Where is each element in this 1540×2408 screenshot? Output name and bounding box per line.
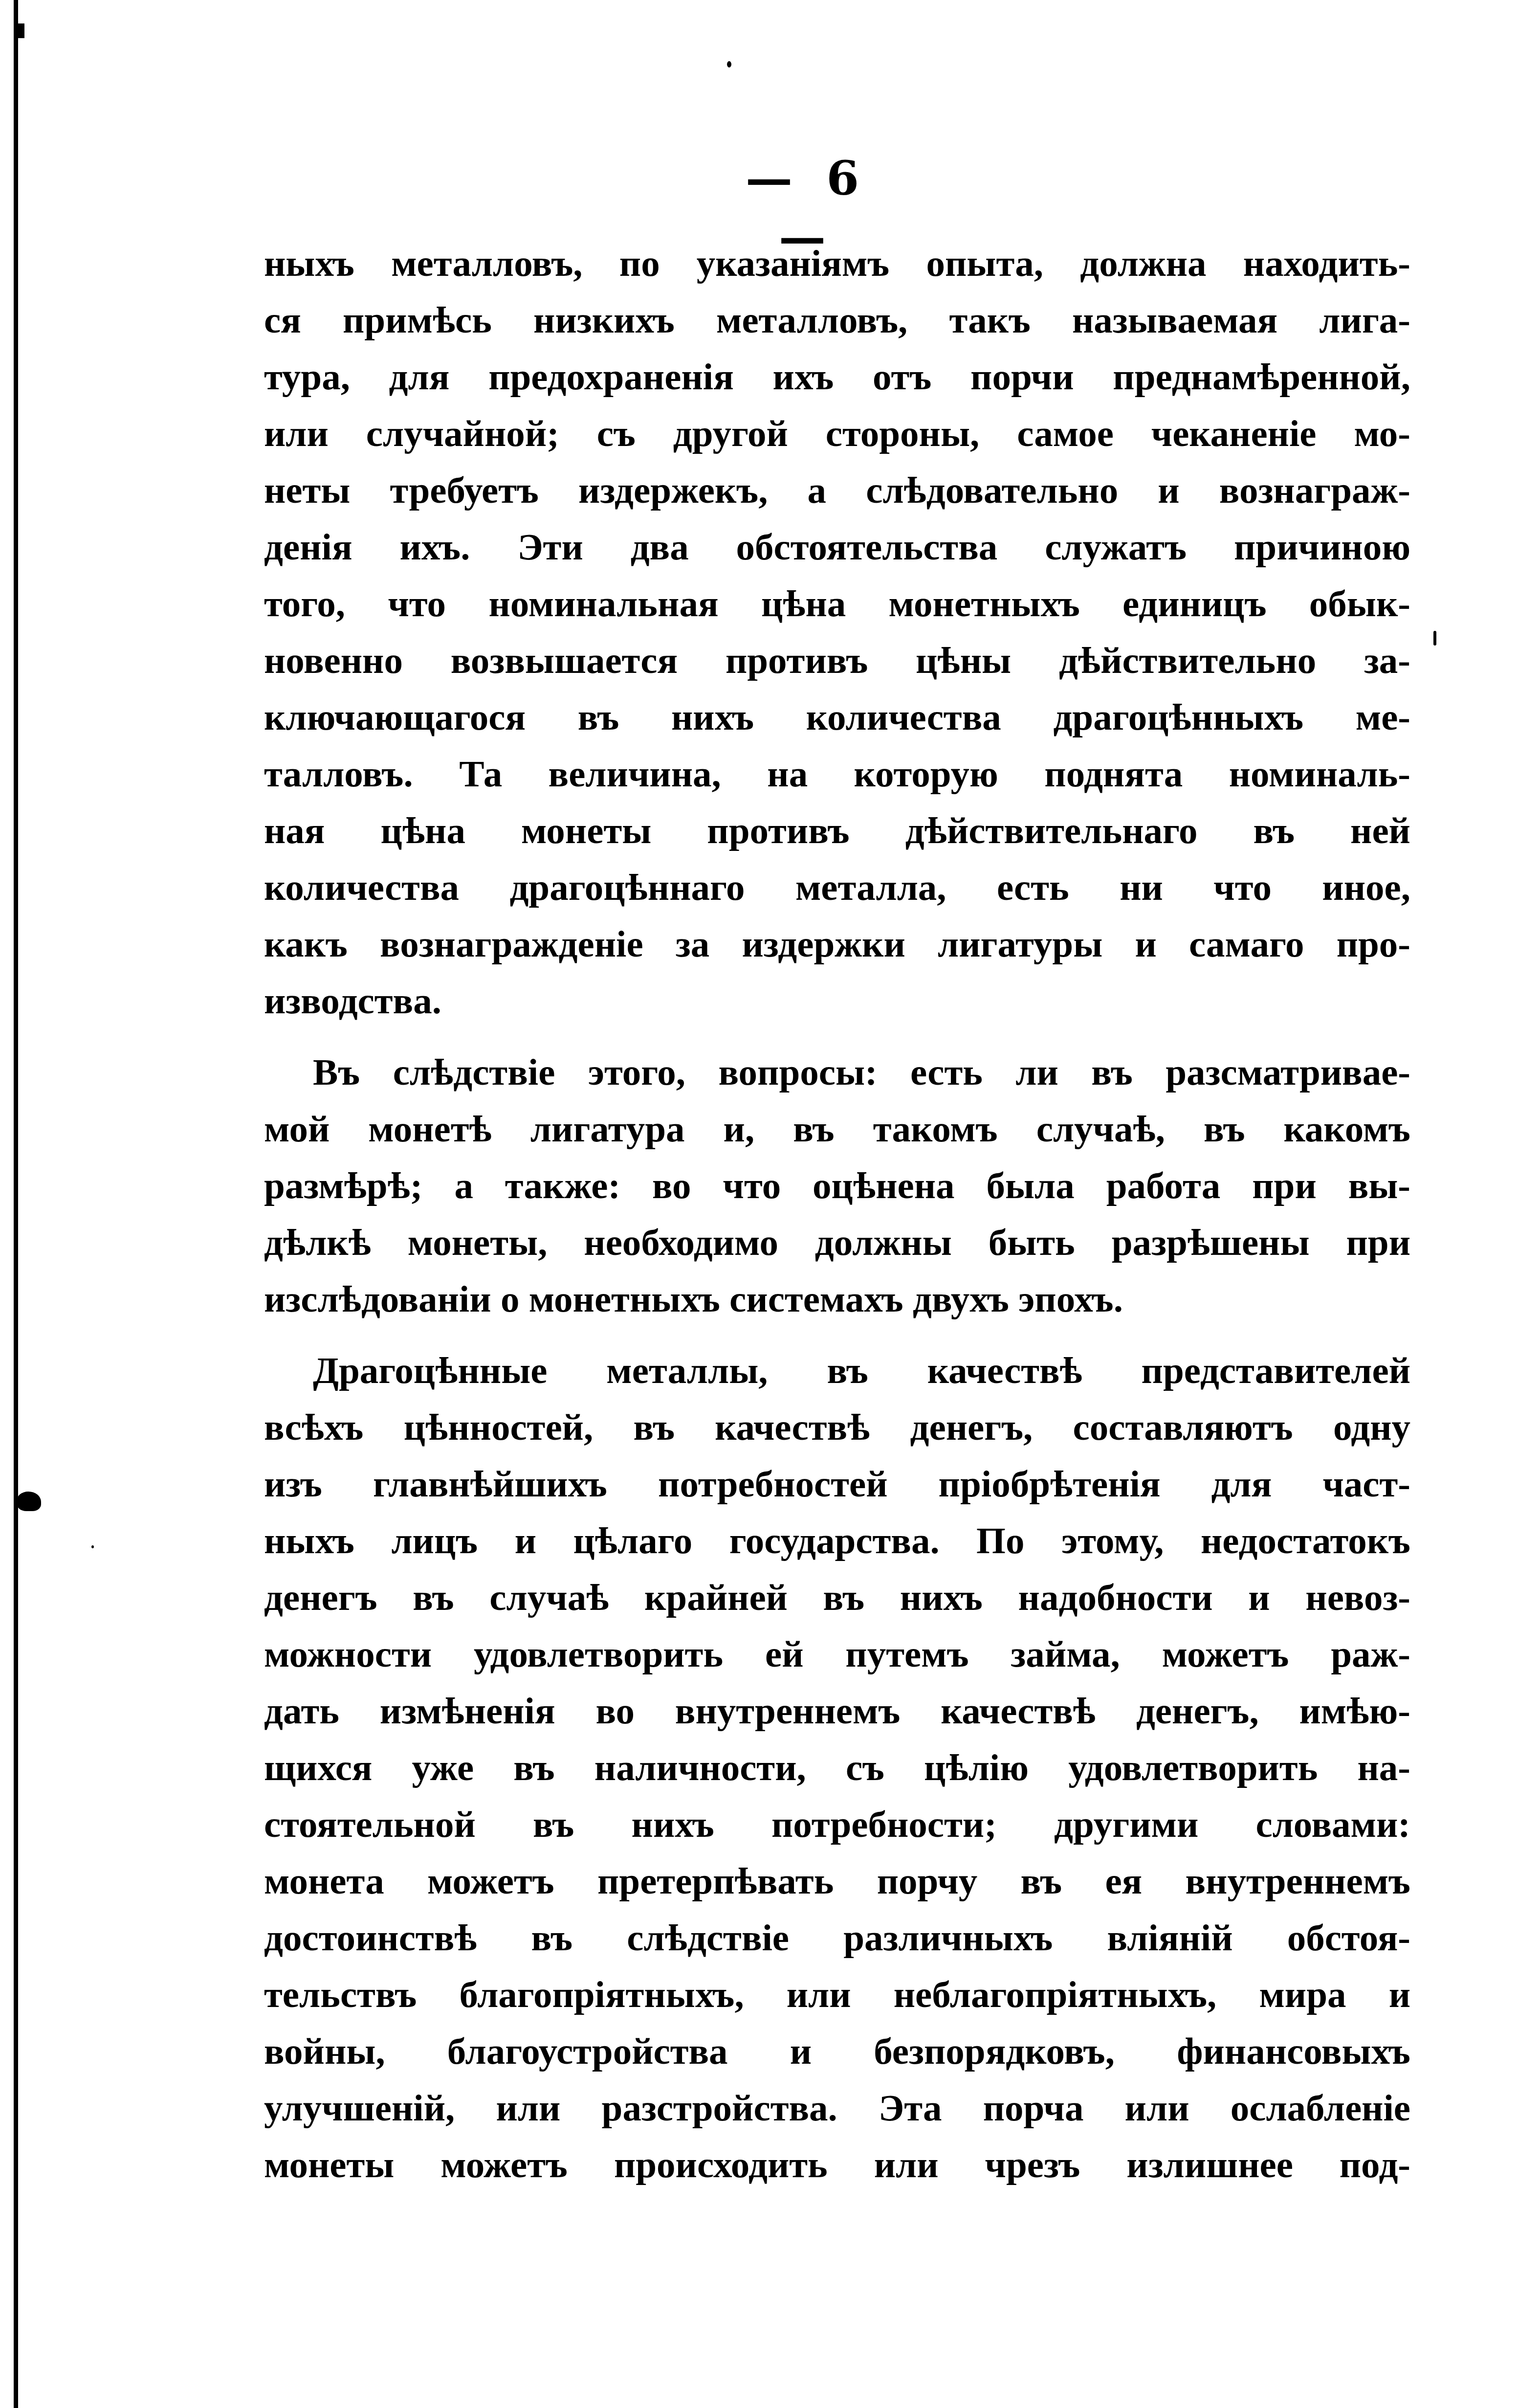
text-line: денія ихъ. Эти два обстоятельства служат… — [264, 518, 1410, 575]
text-line: изводства. — [264, 972, 1410, 1029]
text-line: можности удовлетворить ей путемъ займа, … — [264, 1626, 1410, 1682]
text-line: ныхъ лицъ и цѣлаго государства. По этому… — [264, 1512, 1410, 1569]
paragraph-gap — [264, 1327, 1410, 1342]
paragraph: Драгоцѣнные металлы, въ качествѣ предста… — [264, 1342, 1410, 2193]
ink-blot — [17, 1492, 41, 1511]
text-line: количества драгоцѣннаго металла, есть ни… — [264, 859, 1410, 915]
page-edge-line — [14, 0, 18, 2408]
text-line: ная цѣна монеты противъ дѣйствительнаго … — [264, 802, 1410, 859]
text-line: изъ главнѣйшихъ потребностей пріобрѣтені… — [264, 1455, 1410, 1512]
text-line: талловъ. Та величина, на которую поднята… — [264, 745, 1410, 802]
scanned-book-page: — 6 — ныхъ металловъ, по указаніямъ опыт… — [0, 0, 1540, 2408]
text-line: какъ вознагражденіе за издержки лигатуры… — [264, 915, 1410, 972]
page-edge-mark — [16, 23, 24, 38]
paragraph: ныхъ металловъ, по указаніямъ опыта, дол… — [264, 235, 1410, 1029]
text-line: неты требуетъ издержекъ, а слѣдовательно… — [264, 462, 1410, 518]
text-line: денегъ въ случаѣ крайней въ нихъ надобно… — [264, 1569, 1410, 1626]
margin-comma-mark — [1433, 631, 1436, 646]
text-line: Драгоцѣнные металлы, въ качествѣ предста… — [264, 1342, 1410, 1399]
text-line: ключающагося въ нихъ количества драгоцѣн… — [264, 689, 1410, 745]
text-line: дать измѣненія во внутреннемъ качествѣ д… — [264, 1682, 1410, 1739]
text-line: тельствъ благопріятныхъ, или неблагопрія… — [264, 1966, 1410, 2023]
text-line: размѣрѣ; а также: во что оцѣнена была ра… — [264, 1157, 1410, 1214]
text-line: войны, благоустройства и безпорядковъ, ф… — [264, 2023, 1410, 2079]
text-line: тура, для предохраненія ихъ отъ порчи пр… — [264, 348, 1410, 405]
ink-speck — [727, 61, 731, 67]
text-line: улучшеній, или разстройства. Эта порча и… — [264, 2079, 1410, 2136]
text-line: Въ слѣдствіе этого, вопросы: есть ли въ … — [264, 1044, 1410, 1100]
text-line: мой монетѣ лигатура и, въ такомъ случаѣ,… — [264, 1100, 1410, 1157]
text-line: или случайной; съ другой стороны, самое … — [264, 405, 1410, 462]
ink-speck — [91, 1545, 94, 1548]
text-line: всѣхъ цѣнностей, въ качествѣ денегъ, сос… — [264, 1399, 1410, 1455]
text-line: ся примѣсь низкихъ металловъ, такъ назыв… — [264, 291, 1410, 348]
text-line: монета можетъ претерпѣвать порчу въ ея в… — [264, 1852, 1410, 1909]
paragraph: Въ слѣдствіе этого, вопросы: есть ли въ … — [264, 1044, 1410, 1327]
paragraph-gap — [264, 1029, 1410, 1044]
text-line: стоятельной въ нихъ потребности; другими… — [264, 1796, 1410, 1852]
body-text: ныхъ металловъ, по указаніямъ опыта, дол… — [264, 235, 1410, 2193]
text-line: изслѣдованіи о монетныхъ системахъ двухъ… — [264, 1271, 1410, 1327]
text-line: щихся уже въ наличности, съ цѣлію удовле… — [264, 1739, 1410, 1796]
text-line: достоинствѣ въ слѣдствіе различныхъ влія… — [264, 1909, 1410, 1966]
text-line: новенно возвышается противъ цѣны дѣйстви… — [264, 632, 1410, 689]
text-line: ныхъ металловъ, по указаніямъ опыта, дол… — [264, 235, 1410, 291]
text-line: того, что номинальная цѣна монетныхъ еди… — [264, 575, 1410, 632]
text-line: монеты можетъ происходить или чрезъ изли… — [264, 2136, 1410, 2193]
text-line: дѣлкѣ монеты, необходимо должны быть раз… — [264, 1214, 1410, 1271]
